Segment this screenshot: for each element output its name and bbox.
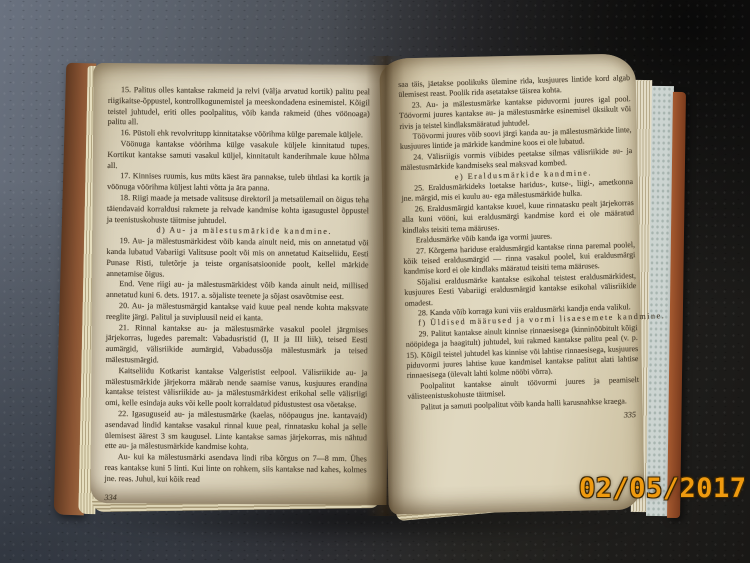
paragraph: 18. Riigi maade ja metsade valitsuse dir… <box>107 193 369 228</box>
paragraph: Kaitseliidu Kotkarist kantakse Valgerist… <box>105 366 367 411</box>
paragraph: 19. Au- ja mälestusmärkidest võib kanda … <box>106 236 368 281</box>
left-page-text: 15. Palitus olles kantakse rakmeid ja re… <box>104 85 370 507</box>
camera-date-stamp: 02/05/2017 <box>579 473 747 504</box>
paragraph: Au- kui ka mälestusmärki asendava lindi … <box>105 452 367 487</box>
paragraph: End. Vene riigi au- ja mälestusmärkidest… <box>106 279 368 303</box>
paragraph: 29. Palitut kantakse ainult kinnise rinn… <box>405 323 638 382</box>
paragraph: 15. Palitus olles kantakse rakmeid ja re… <box>108 85 370 130</box>
right-page-text: saa täis, jäetakse poolikuks ülemine rid… <box>398 73 640 427</box>
photo-scene: 15. Palitus olles kantakse rakmeid ja re… <box>0 0 750 563</box>
page-number-left: 334 <box>104 493 366 506</box>
paragraph: 20. Au- ja mälestusmärgid kantakse vaid … <box>106 301 368 325</box>
paragraph: Vöönuga kantakse vöörihma külge vasakule… <box>107 139 369 174</box>
paragraph: 21. Rinnal kantakse au- ja mälestusmärke… <box>106 323 368 368</box>
paragraph: 22. Igasuguseid au- ja mälestusmärke (ka… <box>105 409 367 454</box>
paragraph: 17. Kinnises ruumis, kus müts käest ära … <box>107 171 369 195</box>
